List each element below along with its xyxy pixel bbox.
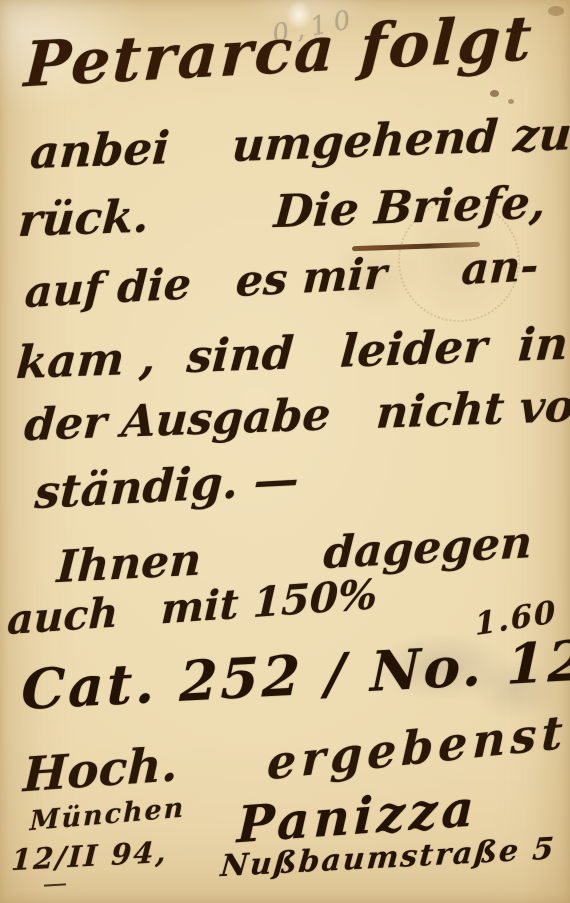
date-line: 12/II 94, <box>10 838 168 875</box>
scanned-handwritten-postcard: 0,10 Petrarca folgt anbei umgehend zu- r… <box>0 0 570 903</box>
closing-abbreviation: Hoch. <box>22 741 178 799</box>
handwritten-line-7: ständig. — <box>34 456 300 515</box>
